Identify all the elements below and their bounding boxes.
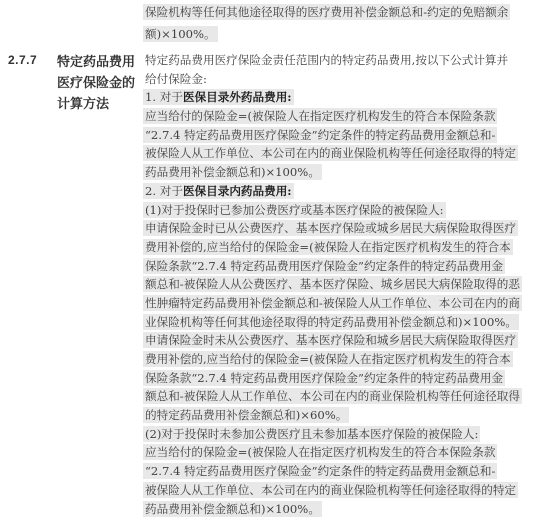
section-number: 2.7.7: [8, 53, 37, 67]
text-line: 额总和-被保险人从公费医疗、基本医疗保险、城乡居民大病保险取得的恶: [143, 275, 553, 294]
text-line: 1. 对于医保目录外药品费用:: [143, 88, 553, 107]
highlighted-text: 保险条款“2.7.4 特定药品费用医疗保险金”约定条件的特定药品费用金: [143, 258, 505, 274]
text-line: 2. 对于医保目录内药品费用:: [143, 182, 553, 201]
text-line: 额总和-被保险人从工作单位、本公司在内的商业保险机构等任何途径取得: [143, 387, 553, 406]
text-line: 额)×100%。: [143, 24, 551, 46]
highlighted-text: 应当给付的保险金=(被保险人在指定医疗机构发生的符合本保险条款: [143, 108, 497, 124]
highlighted-text: 性肿瘤特定药品费用补偿金额总和-被保险人从工作单位、本公司在内的商: [143, 295, 522, 311]
text-line: (2)对于投保时未参加公费医疗且未参加基本医疗保险的被保险人:: [143, 425, 553, 444]
text-line: 费用补偿的,应当给付的保险金=(被保险人在指定医疗机构发生的符合本: [143, 350, 553, 369]
highlighted-text: 1. 对于医保目录外药品费用:: [143, 89, 294, 105]
highlighted-text: “2.7.4 特定药品费用医疗保险金”约定条件的特定药品费用金额总和-: [143, 127, 497, 143]
plain-text: 特定药品费用医疗保险金责任范围内的特定药品费用,按以下公式计算并: [143, 52, 510, 68]
text-line: 应当给付的保险金=(被保险人在指定医疗机构发生的符合本保险条款: [143, 443, 553, 462]
highlighted-text: 药品费用补偿金额总和)×100%。: [143, 501, 322, 517]
section-body-text: 特定药品费用医疗保险金责任范围内的特定药品费用,按以下公式计算并给付保险金:1.…: [143, 51, 553, 518]
section-title: 特定药品费用 医疗保险金的 计算方法: [57, 51, 147, 114]
highlighted-text: (1)对于投保时已参加公费医疗或基本医疗保险的被保险人:: [143, 202, 446, 218]
highlighted-text: 额总和-被保险人从工作单位、本公司在内的商业保险机构等任何途径取得: [143, 388, 522, 404]
text-line: 药品费用补偿金额总和)×100%。: [143, 500, 553, 518]
text-line: (1)对于投保时已参加公费医疗或基本医疗保险的被保险人:: [143, 201, 553, 220]
highlighted-text: 药品费用补偿金额总和)×100%。: [143, 164, 322, 180]
section-title-line: 特定药品费用: [57, 51, 147, 72]
text-line: 药品费用补偿金额总和)×100%。: [143, 163, 553, 182]
highlighted-text: 2. 对于医保目录内药品费用:: [143, 183, 294, 199]
highlighted-text: “2.7.4 特定药品费用医疗保险金”约定条件的特定药品费用金额总和-: [143, 463, 497, 479]
text-line: 保险机构等任何其他途径取得的医疗费用补偿金额总和-约定的免赔额余: [143, 2, 551, 24]
text-line: 特定药品费用医疗保险金责任范围内的特定药品费用,按以下公式计算并: [143, 51, 553, 70]
text-line: “2.7.4 特定药品费用医疗保险金”约定条件的特定药品费用金额总和-: [143, 462, 553, 481]
text-line: 保险条款“2.7.4 特定药品费用医疗保险金”约定条件的特定药品费用金: [143, 257, 553, 276]
highlighted-text: 保险条款“2.7.4 特定药品费用医疗保险金”约定条件的特定药品费用金: [143, 370, 505, 386]
text-line: 性肿瘤特定药品费用补偿金额总和-被保险人从工作单位、本公司在内的商: [143, 294, 553, 313]
highlighted-text: 的特定药品费用补偿金额总和)×60%。: [143, 407, 349, 423]
text-line: 给付保险金:: [143, 70, 553, 89]
highlighted-text: 申请保险金时已从公费医疗、基本医疗保险或城乡居民大病保险取得医疗: [143, 220, 518, 236]
text-line: 业保险机构等任何其他途径取得的特定药品费用补偿金额总和)×100%。: [143, 313, 553, 332]
text-line: 被保险人从工作单位、本公司在内的商业保险机构等任何途径取得的特定: [143, 481, 553, 500]
text-line: “2.7.4 特定药品费用医疗保险金”约定条件的特定药品费用金额总和-: [143, 126, 553, 145]
highlighted-text: (2)对于投保时未参加公费医疗且未参加基本医疗保险的被保险人:: [143, 426, 480, 442]
text-line: 申请保险金时已从公费医疗、基本医疗保险或城乡居民大病保险取得医疗: [143, 219, 553, 238]
text-line: 被保险人从工作单位、本公司在内的商业保险机构等任何途径取得的特定: [143, 144, 553, 163]
highlighted-text: 费用补偿的,应当给付的保险金=(被保险人在指定医疗机构发生的符合本: [143, 351, 513, 367]
previous-clause-continuation: 保险机构等任何其他途径取得的医疗费用补偿金额总和-约定的免赔额余额)×100%。: [143, 2, 551, 45]
highlighted-text: 额)×100%。: [143, 26, 218, 42]
highlighted-text: 保险机构等任何其他途径取得的医疗费用补偿金额总和-约定的免赔额余: [143, 4, 510, 20]
highlighted-text: 应当给付的保险金=(被保险人在指定医疗机构发生的符合本保险条款: [143, 444, 497, 460]
highlighted-text: 被保险人从工作单位、本公司在内的商业保险机构等任何途径取得的特定: [143, 145, 518, 161]
text-line: 的特定药品费用补偿金额总和)×60%。: [143, 406, 553, 425]
highlighted-text: 申请保险金时未从公费医疗、基本医疗保险和城乡居民大病保险取得医疗: [143, 332, 518, 348]
section-title-line: 计算方法: [57, 93, 147, 114]
text-line: 费用补偿的,应当给付的保险金=(被保险人在指定医疗机构发生的符合本: [143, 238, 553, 257]
highlighted-text: 费用补偿的,应当给付的保险金=(被保险人在指定医疗机构发生的符合本: [143, 239, 513, 255]
plain-text: 给付保险金:: [143, 71, 209, 87]
list-item-prefix: 2. 对于: [145, 184, 183, 198]
section-title-line: 医疗保险金的: [57, 72, 147, 93]
list-item-prefix: 1. 对于: [145, 90, 183, 104]
highlighted-text: 额总和-被保险人从公费医疗、基本医疗保险、城乡居民大病保险取得的恶: [143, 276, 522, 292]
text-line: 应当给付的保险金=(被保险人在指定医疗机构发生的符合本保险条款: [143, 107, 553, 126]
highlighted-text: 被保险人从工作单位、本公司在内的商业保险机构等任何途径取得的特定: [143, 482, 518, 498]
policy-document-page: 保险机构等任何其他途径取得的医疗费用补偿金额总和-约定的免赔额余额)×100%。…: [0, 0, 553, 518]
text-line: 保险条款“2.7.4 特定药品费用医疗保险金”约定条件的特定药品费用金: [143, 369, 553, 388]
text-line: 申请保险金时未从公费医疗、基本医疗保险和城乡居民大病保险取得医疗: [143, 331, 553, 350]
emphasized-term: 医保目录内药品费用:: [183, 184, 292, 198]
emphasized-term: 医保目录外药品费用:: [183, 90, 292, 104]
highlighted-text: 业保险机构等任何其他途径取得的特定药品费用补偿金额总和)×100%。: [143, 314, 519, 330]
